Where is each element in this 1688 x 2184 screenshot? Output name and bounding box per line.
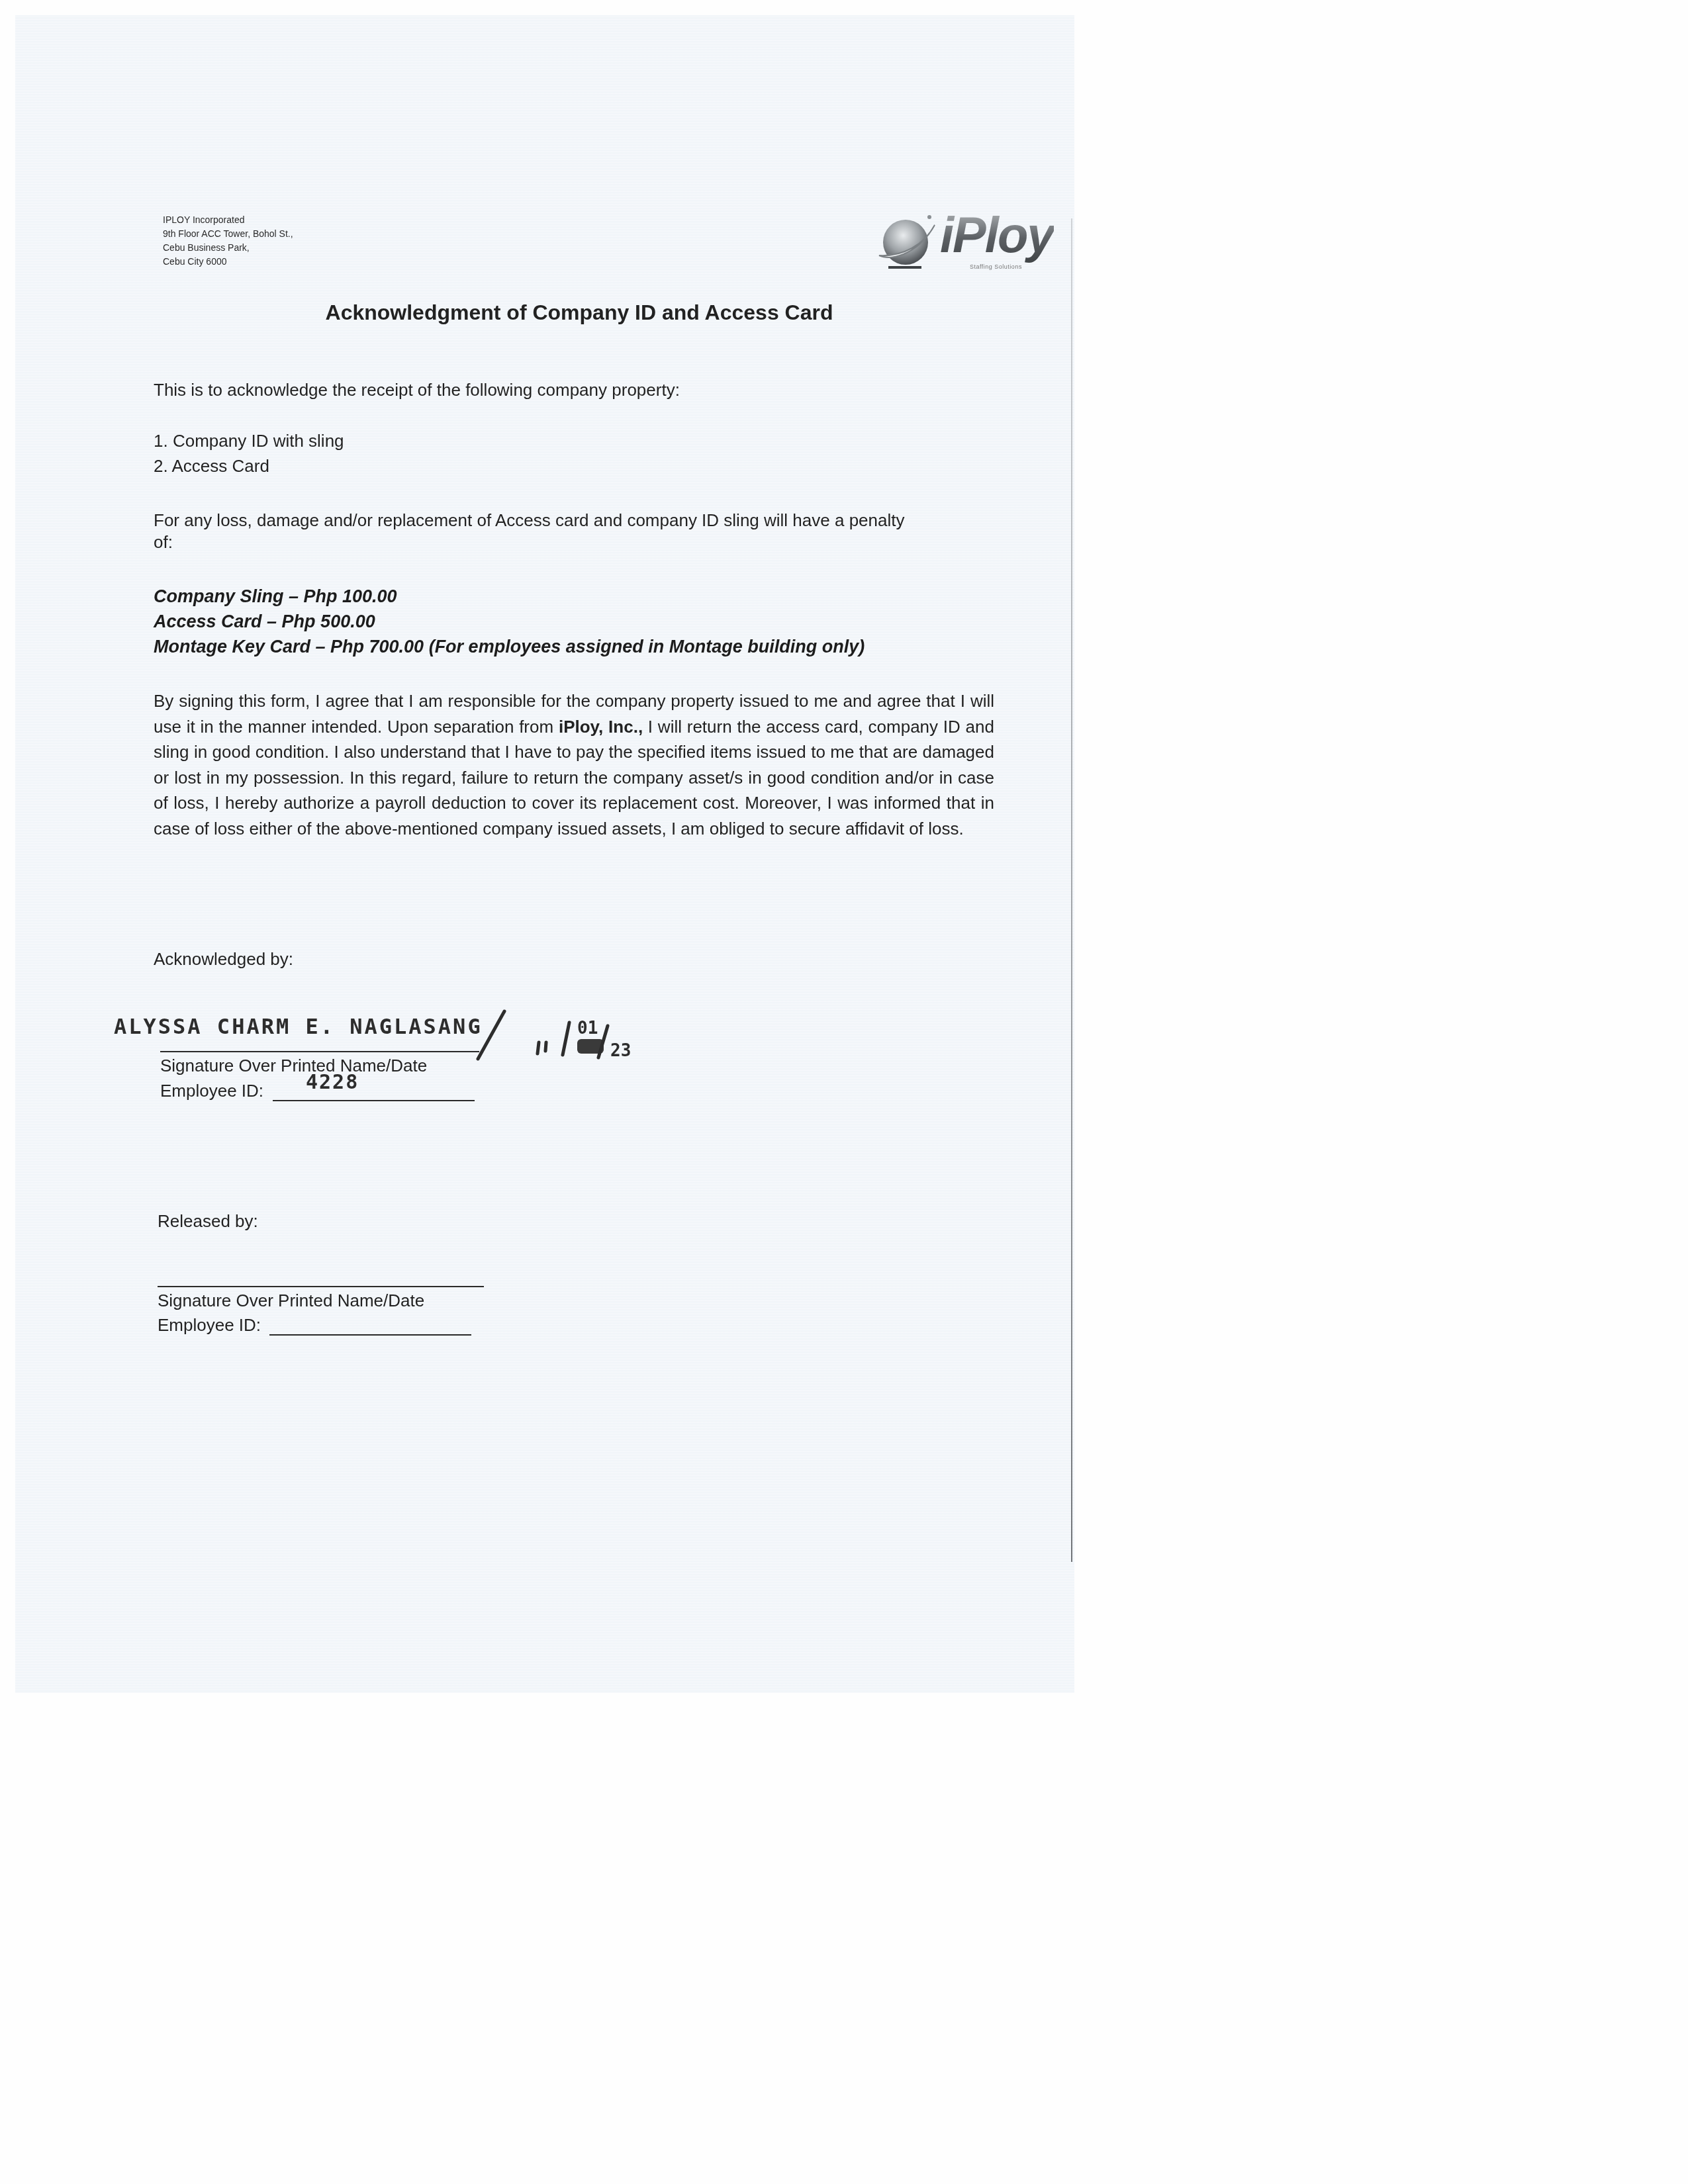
penalty-intro-cont: of: [154, 532, 173, 553]
handwritten-date: 01 23 [463, 1006, 675, 1079]
penalty-item: Montage Key Card – Php 700.00 (For emplo… [154, 637, 865, 657]
signature-label: Signature Over Printed Name/Date [160, 1056, 427, 1076]
scan-edge-shadow [1071, 218, 1072, 1562]
employee-id-label: Employee ID: [160, 1081, 263, 1101]
release-signature-line[interactable] [158, 1286, 484, 1287]
penalty-item: Access Card – Php 500.00 [154, 612, 375, 632]
penalty-intro: For any loss, damage and/or replacement … [154, 510, 904, 531]
property-item: 2. Access Card [154, 456, 269, 477]
signature-line [160, 1051, 479, 1052]
handwritten-name: ALYSSA CHARM E. NAGLASANG [114, 1014, 483, 1039]
address-line: 9th Floor ACC Tower, Bohol St., [163, 227, 293, 241]
logo-tagline: Staffing Solutions [970, 263, 1022, 270]
company-name: iPloy, Inc., [559, 717, 643, 737]
acknowledged-label: Acknowledged by: [154, 949, 293, 970]
employee-id-line[interactable] [273, 1100, 475, 1101]
globe-swoosh-icon [874, 210, 940, 274]
agreement-paragraph: By signing this form, I agree that I am … [154, 688, 994, 842]
address-line: IPLOY Incorporated [163, 213, 293, 227]
employee-id-value: 4228 [306, 1071, 359, 1094]
property-item: 1. Company ID with sling [154, 431, 344, 451]
logo-wordmark: iPloy [940, 206, 1054, 264]
document-title: Acknowledgment of Company ID and Access … [0, 300, 1158, 325]
release-employee-id-line[interactable] [269, 1334, 471, 1336]
company-logo: iPloy Staffing Solutions [874, 210, 1046, 274]
address-line: Cebu City 6000 [163, 255, 293, 269]
released-label: Released by: [158, 1211, 258, 1232]
date-day: 01 [577, 1019, 598, 1038]
date-year: 23 [610, 1041, 631, 1061]
release-signature-label: Signature Over Printed Name/Date [158, 1291, 424, 1311]
address-line: Cebu Business Park, [163, 241, 293, 255]
penalty-item: Company Sling – Php 100.00 [154, 586, 397, 607]
intro-text: This is to acknowledge the receipt of th… [154, 380, 680, 400]
company-address: IPLOY Incorporated 9th Floor ACC Tower, … [163, 213, 293, 269]
release-employee-id-label: Employee ID: [158, 1315, 261, 1336]
